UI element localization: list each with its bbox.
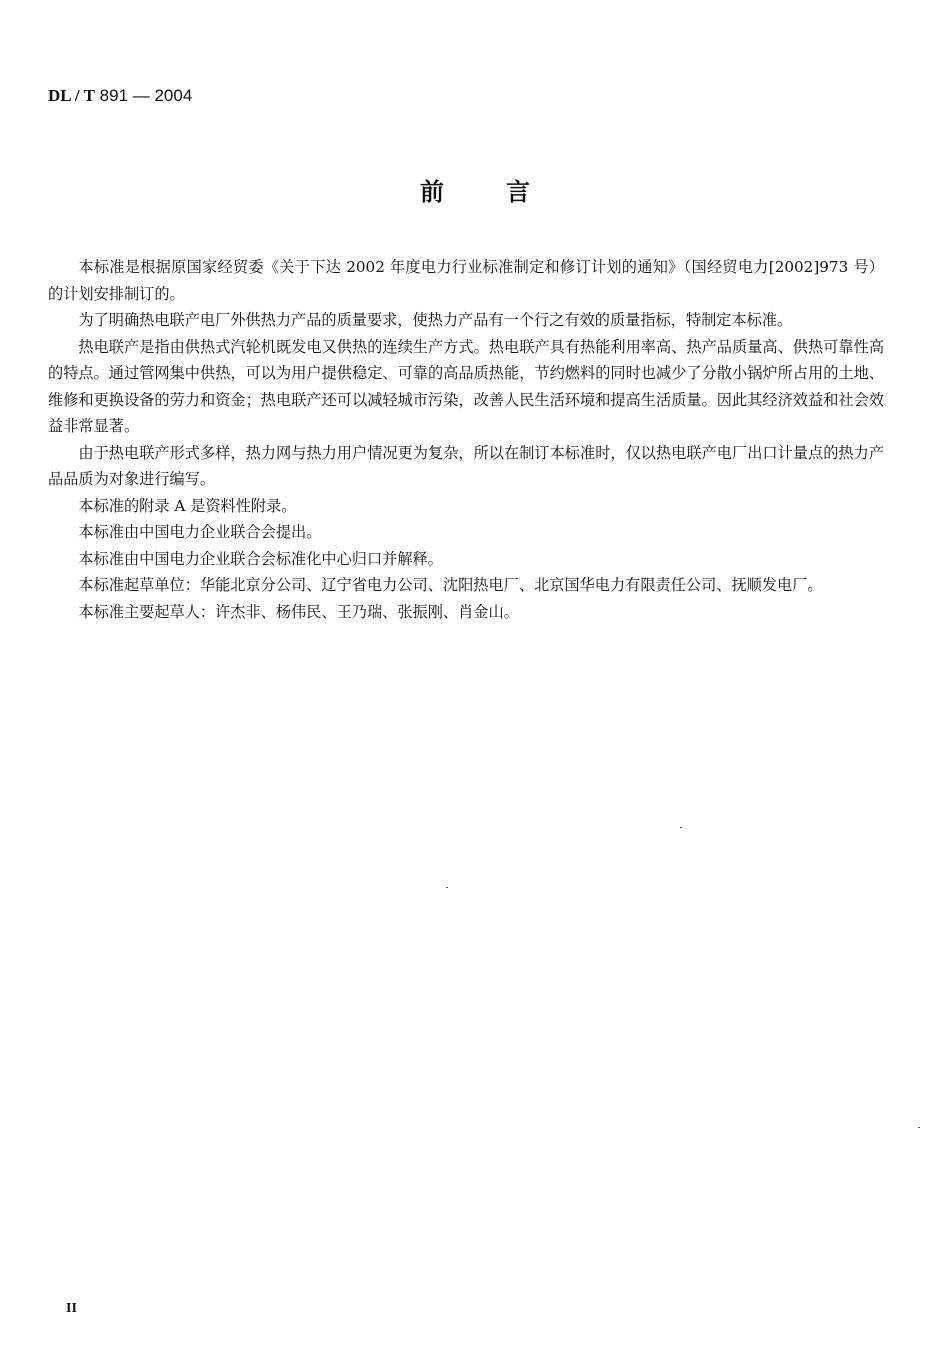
paragraph-purpose: 为了明确热电联产电厂外供热力产品的质量要求，使热力产品有一个行之有效的质量指标，… [48,307,884,334]
paragraph-basis: 本标准是根据原国家经贸委《关于下达 2002 年度电力行业标准制定和修订计划的通… [48,254,884,307]
paragraph-drafting-units: 本标准起草单位：华能北京分公司、辽宁省电力公司、沈阳热电厂、北京国华电力有限责任… [48,572,884,599]
foreword-body: 本标准是根据原国家经贸委《关于下达 2002 年度电力行业标准制定和修订计划的通… [48,254,884,625]
page-number: II [66,1301,77,1317]
scan-speck [446,887,448,888]
standard-number: 891 — 2004 [100,86,193,105]
paragraph-appendix: 本标准的附录 A 是资料性附录。 [48,493,884,520]
page-title: 前言 [0,172,950,207]
standard-code: DL / T 891 — 2004 [48,86,192,106]
standard-prefix: DL / T [48,86,95,105]
paragraph-drafters: 本标准主要起草人：许杰非、杨伟民、王乃瑞、张振刚、肖金山。 [48,599,884,626]
paragraph-proposed-by: 本标准由中国电力企业联合会提出。 [48,519,884,546]
title-char-1: 前 [420,172,444,207]
paragraph-chp-definition: 热电联产是指由供热式汽轮机既发电又供热的连续生产方式。热电联产具有热能利用率高、… [48,334,884,440]
paragraph-scope: 由于热电联产形式多样，热力网与热力用户情况更为复杂，所以在制订本标准时，仅以热电… [48,440,884,493]
scan-speck [680,827,682,828]
scan-speck [918,1127,920,1128]
paragraph-responsible-body: 本标准由中国电力企业联合会标准化中心归口并解释。 [48,546,884,573]
title-char-2: 言 [506,172,530,207]
